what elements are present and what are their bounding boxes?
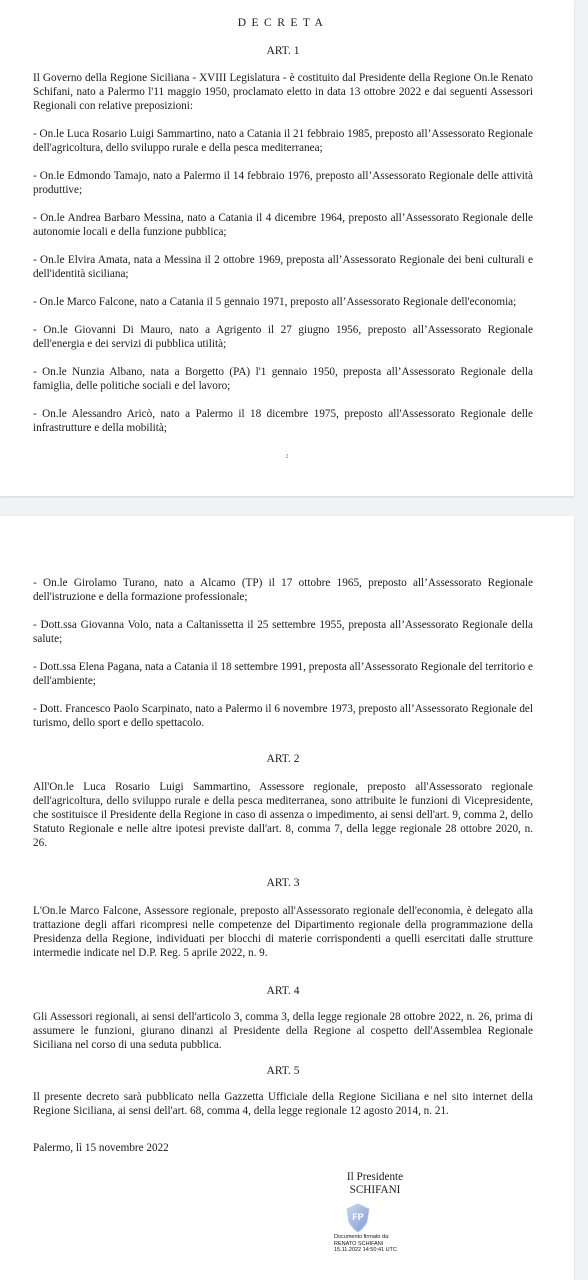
- decree-heading: DECRETA: [33, 16, 533, 30]
- assessor-list-continued: - On.le Girolamo Turano, nato a Alcamo (…: [33, 576, 533, 730]
- page-number: 2: [0, 454, 574, 460]
- article-3-text: L'On.le Marco Falcone, Assessore regiona…: [33, 904, 533, 960]
- article-body: All'On.le Luca Rosario Luigi Sammartino,…: [33, 780, 533, 850]
- stamp-line: Documento firmato da:: [334, 1234, 397, 1241]
- assessor-item: - On.le Alessandro Aricò, nato a Palermo…: [33, 407, 533, 435]
- article-body: Il Governo della Regione Siciliana - XVI…: [33, 71, 533, 435]
- article-title: ART. 5: [33, 1064, 533, 1078]
- article-title: ART. 3: [33, 876, 533, 890]
- assessor-item: - Dott. Francesco Paolo Scarpinato, nato…: [33, 702, 533, 730]
- signature-block: Il Presidente SCHIFANI: [330, 1171, 420, 1197]
- assessor-item: - On.le Luca Rosario Luigi Sammartino, n…: [33, 127, 533, 155]
- svg-text:FP: FP: [352, 1212, 364, 1222]
- article-body: L'On.le Marco Falcone, Assessore regiona…: [33, 904, 533, 960]
- article-2-text: All'On.le Luca Rosario Luigi Sammartino,…: [33, 780, 533, 850]
- digital-signature-stamp: Documento firmato da: RENATO SCHIFANI 15…: [334, 1234, 397, 1254]
- article-body: Il presente decreto sarà pubblicato nell…: [33, 1090, 533, 1118]
- stamp-line: RENATO SCHIFANI: [334, 1241, 397, 1248]
- assessor-item: - On.le Giovanni Di Mauro, nato a Agrige…: [33, 323, 533, 351]
- document-page-2: - On.le Girolamo Turano, nato a Alcamo (…: [0, 516, 574, 1280]
- signer-name: SCHIFANI: [330, 1184, 420, 1197]
- assessor-item: - Dott.ssa Elena Pagana, nata a Catania …: [33, 660, 533, 688]
- place-date-text: Palermo, lì 15 novembre 2022: [33, 1141, 533, 1155]
- document-page-1: DECRETA ART. 1 Il Governo della Regione …: [0, 0, 574, 496]
- fp-shield-icon: FP: [346, 1203, 370, 1238]
- assessor-item: - On.le Girolamo Turano, nato a Alcamo (…: [33, 576, 533, 604]
- article-title: ART. 4: [33, 984, 533, 998]
- signer-title: Il Presidente: [330, 1171, 420, 1184]
- place-date: Palermo, lì 15 novembre 2022: [33, 1141, 533, 1155]
- article-5-text: Il presente decreto sarà pubblicato nell…: [33, 1090, 533, 1118]
- assessor-item: - On.le Elvira Amata, nata a Messina il …: [33, 253, 533, 281]
- article-title: ART. 1: [33, 44, 533, 58]
- article-title: ART. 2: [33, 752, 533, 766]
- assessor-item: - On.le Edmondo Tamajo, nato a Palermo i…: [33, 169, 533, 197]
- assessor-item: - Dott.ssa Giovanna Volo, nata a Caltani…: [33, 618, 533, 646]
- stamp-line: 15.11.2022 14:50:41 UTC: [334, 1247, 397, 1254]
- article-body: Gli Assessori regionali, ai sensi dell'a…: [33, 1010, 533, 1052]
- intro-paragraph: Il Governo della Regione Siciliana - XVI…: [33, 71, 533, 113]
- assessor-item: - On.le Marco Falcone, nato a Catania il…: [33, 295, 533, 309]
- article-4-text: Gli Assessori regionali, ai sensi dell'a…: [33, 1010, 533, 1052]
- assessor-item: - On.le Nunzia Albano, nata a Borgetto (…: [33, 365, 533, 393]
- assessor-item: - On.le Andrea Barbaro Messina, nato a C…: [33, 211, 533, 239]
